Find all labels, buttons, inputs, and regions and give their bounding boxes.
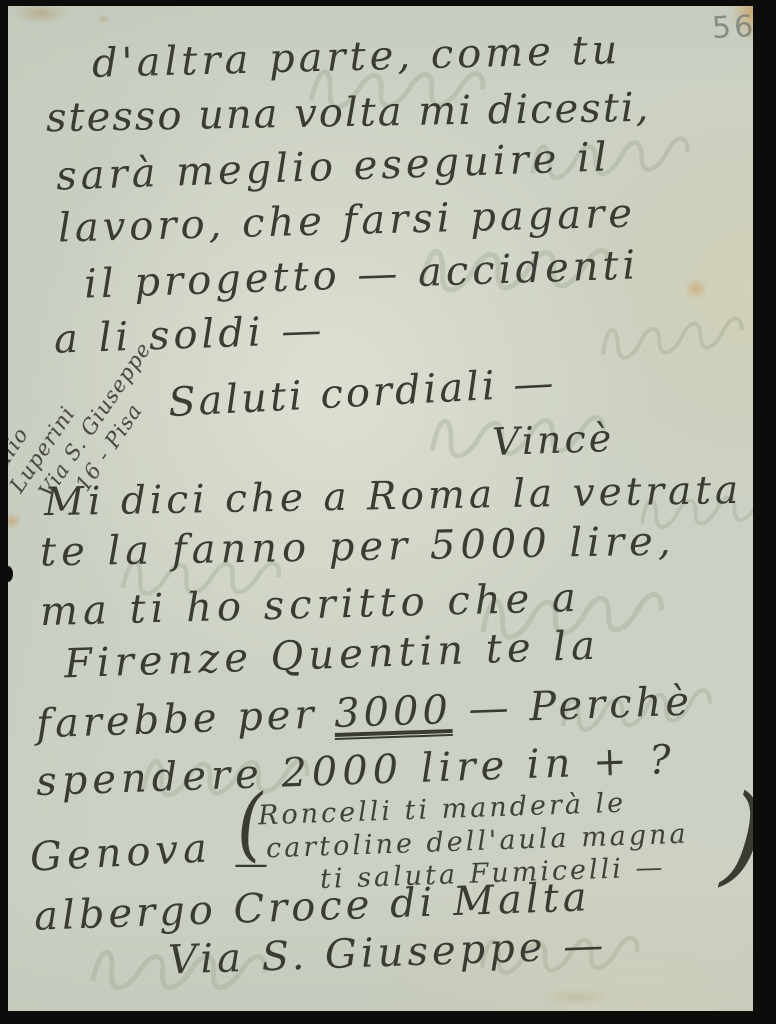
letter-line-9: Mi dici che a Roma la vetrata xyxy=(44,468,743,525)
closing-line: Saluti cordiali — xyxy=(167,360,557,426)
page-number: 56 xyxy=(711,9,753,46)
price-line: farebbe per 3000 — Perchè xyxy=(35,679,693,748)
price-line-pre: farebbe per xyxy=(35,691,335,747)
letter-line-3: sarà meglio eseguire il xyxy=(55,134,611,199)
underlined-price: 3000 xyxy=(333,687,452,740)
letter-page: 56 d'altra parte, come tu stesso una vol… xyxy=(8,6,753,1011)
genova-word: Genova xyxy=(29,825,213,880)
signature: Vincè xyxy=(491,416,615,464)
letter-line-5: il progetto — accidenti xyxy=(83,242,640,307)
stain xyxy=(540,988,612,1006)
aside-close-paren: ) xyxy=(719,769,753,900)
stain xyxy=(8,512,22,530)
photo-background: 56 d'altra parte, come tu stesso una vol… xyxy=(0,0,776,1024)
letter-line-1: d'altra parte, come tu xyxy=(91,27,621,87)
letter-line-2: stesso una volta mi dicesti, xyxy=(46,85,651,142)
stain xyxy=(96,14,110,24)
edge-mark xyxy=(8,566,13,582)
price-line-post: — Perchè xyxy=(451,679,694,733)
letter-line-10: te la fanno per 5000 lire, xyxy=(40,518,676,575)
letter-line-4: lavoro, che farsi pagare xyxy=(57,190,636,251)
stain xyxy=(14,6,68,24)
stain xyxy=(684,278,708,300)
